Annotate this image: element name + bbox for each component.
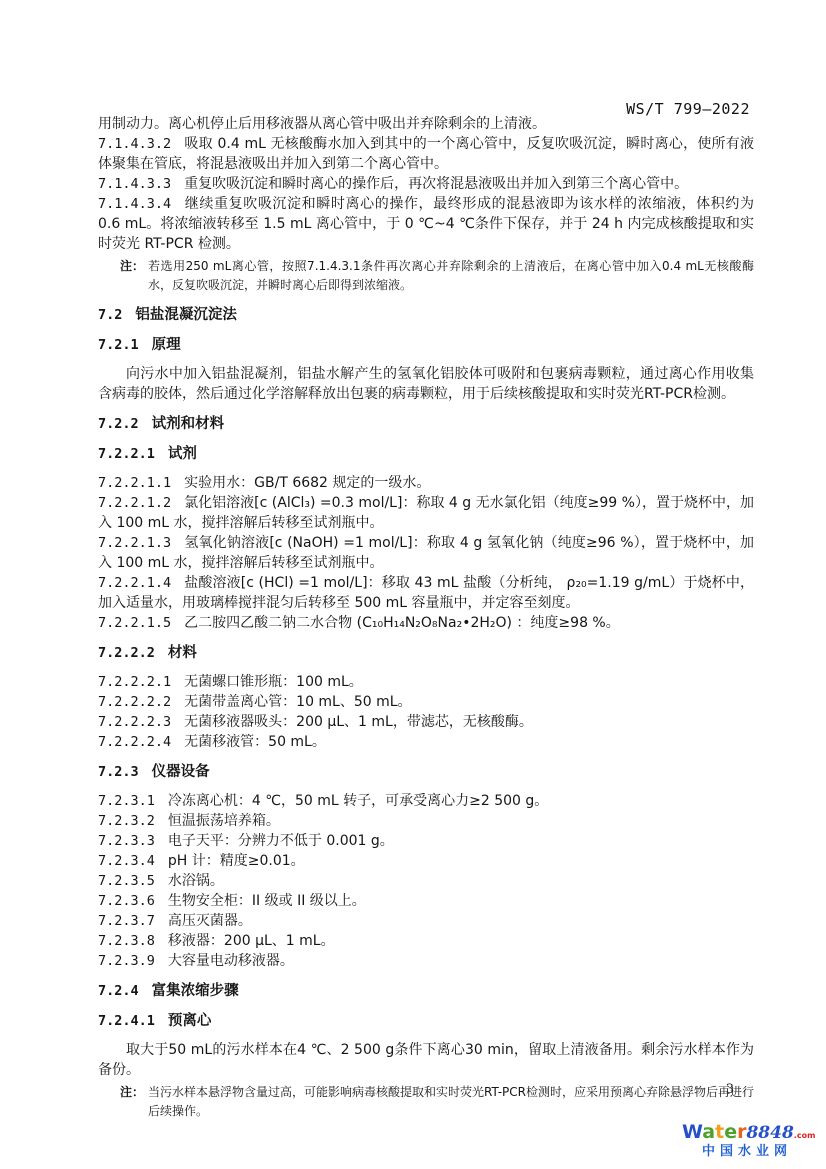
clause-heading: 7.2.4富集浓缩步骤 [98, 981, 754, 1001]
watermark-brand: Water8848.com [682, 1122, 812, 1143]
clause-number: 7.2.2.2 [98, 645, 155, 661]
clause-paragraph: 7.2.3.3电子天平：分辨力不低于 0.001 g。 [98, 831, 754, 851]
clause-number: 7.2.3.2 [98, 813, 155, 829]
body-paragraph: 用制动力。离心机停止后用移液器从离心管中吸出并弃除剩余的上清液。 [98, 114, 754, 134]
clause-heading: 7.2.2.1试剂 [98, 444, 754, 464]
note-label: 注： [120, 257, 144, 295]
clause-number: 7.2.2.2.3 [98, 714, 171, 730]
clause-text: 电子天平：分辨力不低于 0.001 g。 [168, 833, 394, 849]
clause-heading: 7.2.4.1预离心 [98, 1011, 754, 1031]
clause-number: 7.2.2 [98, 416, 139, 432]
note-label: 注： [120, 1083, 144, 1121]
clause-text: pH 计：精度≥0.01。 [168, 853, 305, 869]
clause-text: 乙二胺四乙酸二钠二水合物 (C₁₀H₁₄N₂O₈Na₂•2H₂O) ：纯度≥98… [184, 615, 620, 631]
clause-paragraph: 7.1.4.3.3重复吹吸沉淀和瞬时离心的操作后，再次将混悬液吸出并加入到第三个… [98, 174, 754, 194]
clause-title: 富集浓缩步骤 [152, 983, 239, 999]
clause-number: 7.2.4.1 [98, 1013, 155, 1029]
clause-text: 水浴锅。 [168, 873, 224, 889]
note-text: 若选用250 mL离心管，按照7.1.4.3.1条件再次离心并弃除剩余的上清液后… [148, 257, 754, 295]
clause-title: 试剂 [168, 446, 197, 462]
clause-paragraph: 7.2.2.2.4无菌移液管：50 mL。 [98, 732, 754, 752]
clause-paragraph: 7.2.3.9大容量电动移液器。 [98, 951, 754, 971]
clause-title: 试剂和材料 [152, 416, 225, 432]
clause-text: 移液器：200 μL、1 mL。 [168, 933, 335, 949]
clause-text: 无菌移液器吸头：200 μL、1 mL，带滤芯，无核酸酶。 [184, 714, 533, 730]
clause-heading: 7.2.2.2材料 [98, 643, 754, 663]
clause-text: 氢氧化钠溶液[c (NaOH) =1 mol/L]：称取 4 g 氢氧化钠（纯度… [98, 535, 754, 571]
clause-paragraph: 7.2.2.1.5乙二胺四乙酸二钠二水合物 (C₁₀H₁₄N₂O₈Na₂•2H₂… [98, 613, 754, 633]
clause-paragraph: 7.2.2.2.3无菌移液器吸头：200 μL、1 mL，带滤芯，无核酸酶。 [98, 712, 754, 732]
watermark-brand-tld: .com [794, 1131, 816, 1140]
clause-paragraph: 7.2.3.1冷冻离心机：4 ℃，50 mL 转子，可承受离心力≥2 500 g… [98, 791, 754, 811]
clause-text: 生物安全柜：II 级或 II 级以上。 [168, 893, 366, 909]
clause-number: 7.2.3.4 [98, 853, 155, 869]
clause-paragraph: 7.2.3.5水浴锅。 [98, 871, 754, 891]
clause-number: 7.1.4.3.4 [98, 196, 171, 212]
clause-number: 7.2.3.3 [98, 833, 155, 849]
clause-paragraph: 7.2.3.6生物安全柜：II 级或 II 级以上。 [98, 891, 754, 911]
watermark-logo: Water8848.com 中国水业网 [682, 1122, 812, 1159]
body-paragraph: 向污水中加入铝盐混凝剂，铝盐水解产生的氢氧化铝胶体可吸附和包裹病毒颗粒，通过离心… [98, 364, 754, 404]
body-paragraph: 取大于50 mL的污水样本在4 ℃、2 500 g条件下离心30 min，留取上… [98, 1040, 754, 1080]
clause-text: 无菌带盖离心管：10 mL、50 mL。 [184, 694, 411, 710]
clause-text: 氯化铝溶液[c (AlCl₃) =0.3 mol/L]：称取 4 g 无水氯化铝… [98, 495, 754, 531]
watermark-brand-number: 8848 [746, 1123, 793, 1143]
clause-text: 吸取 0.4 mL 无核酸酶水加入到其中的一个离心管中，反复吹吸沉淀，瞬时离心，… [98, 136, 754, 172]
clause-title: 预离心 [168, 1013, 212, 1029]
clause-number: 7.2.3.6 [98, 893, 155, 909]
clause-number: 7.2.2.1.5 [98, 615, 171, 631]
clause-paragraph: 7.2.3.2恒温振荡培养箱。 [98, 811, 754, 831]
clause-number: 7.2.2.2.4 [98, 734, 171, 750]
clause-text: 高压灭菌器。 [168, 913, 252, 929]
clause-heading: 7.2铝盐混凝沉淀法 [98, 305, 754, 325]
clause-heading: 7.2.1原理 [98, 335, 754, 355]
clause-number: 7.2.2.1.3 [98, 535, 171, 551]
clause-paragraph: 7.2.2.1.4盐酸溶液[c (HCl) =1 mol/L]：移取 43 mL… [98, 573, 754, 613]
document-content: 用制动力。离心机停止后用移液器从离心管中吸出并弃除剩余的上清液。7.1.4.3.… [98, 114, 754, 1125]
note: 注：当污水样本悬浮物含量过高，可能影响病毒核酸提取和实时荧光RT-PCR检测时，… [98, 1083, 754, 1121]
clause-number: 7.2.2.2.1 [98, 674, 171, 690]
clause-number: 7.2.2.1.2 [98, 495, 171, 511]
watermark-letter: a [702, 1121, 715, 1143]
clause-number: 7.2.3 [98, 764, 139, 780]
page-number: 3 [726, 1082, 734, 1097]
document-page: WS/T 799—2022 用制动力。离心机停止后用移液器从离心管中吸出并弃除剩… [0, 0, 826, 1169]
watermark-subtitle: 中国水业网 [682, 1145, 812, 1159]
clause-paragraph: 7.2.2.1.2氯化铝溶液[c (AlCl₃) =0.3 mol/L]：称取 … [98, 493, 754, 533]
note: 注：若选用250 mL离心管，按照7.1.4.3.1条件再次离心并弃除剩余的上清… [98, 257, 754, 295]
clause-heading: 7.2.3仪器设备 [98, 762, 754, 782]
clause-number: 7.2.2.2.2 [98, 694, 171, 710]
watermark-brand-word: Water [682, 1121, 746, 1143]
clause-number: 7.2.4 [98, 983, 139, 999]
watermark-letter: t [715, 1121, 724, 1143]
clause-paragraph: 7.2.3.8移液器：200 μL、1 mL。 [98, 931, 754, 951]
clause-number: 7.1.4.3.2 [98, 136, 171, 152]
clause-paragraph: 7.1.4.3.2吸取 0.4 mL 无核酸酶水加入到其中的一个离心管中，反复吹… [98, 134, 754, 174]
clause-number: 7.2.2.1 [98, 446, 155, 462]
clause-number: 7.2.3.8 [98, 933, 155, 949]
clause-number: 7.2.3.7 [98, 913, 155, 929]
clause-text: 重复吹吸沉淀和瞬时离心的操作后，再次将混悬液吸出并加入到第三个离心管中。 [184, 176, 688, 192]
clause-number: 7.2.3.9 [98, 953, 155, 969]
clause-paragraph: 7.2.2.2.2无菌带盖离心管：10 mL、50 mL。 [98, 692, 754, 712]
clause-text: 恒温振荡培养箱。 [168, 813, 280, 829]
clause-title: 材料 [168, 645, 197, 661]
clause-title: 仪器设备 [152, 764, 210, 780]
clause-number: 7.2.1 [98, 337, 139, 353]
clause-paragraph: 7.2.2.1.1实验用水：GB/T 6682 规定的一级水。 [98, 473, 754, 493]
clause-paragraph: 7.2.2.2.1无菌螺口锥形瓶：100 mL。 [98, 672, 754, 692]
clause-number: 7.2.2.1.1 [98, 475, 171, 491]
clause-number: 7.2.3.5 [98, 873, 155, 889]
clause-paragraph: 7.2.3.7高压灭菌器。 [98, 911, 754, 931]
clause-text: 大容量电动移液器。 [168, 953, 294, 969]
clause-paragraph: 7.1.4.3.4继续重复吹吸沉淀和瞬时离心的操作，最终形成的混悬液即为该水样的… [98, 194, 754, 254]
clause-text: 冷冻离心机：4 ℃，50 mL 转子，可承受离心力≥2 500 g。 [168, 793, 548, 809]
clause-title: 原理 [152, 337, 181, 353]
watermark-letter: e [724, 1121, 737, 1143]
clause-number: 7.2.2.1.4 [98, 575, 171, 591]
clause-heading: 7.2.2试剂和材料 [98, 414, 754, 434]
clause-text: 继续重复吹吸沉淀和瞬时离心的操作，最终形成的混悬液即为该水样的浓缩液，体积约为 … [98, 196, 754, 252]
clause-title: 铝盐混凝沉淀法 [135, 307, 237, 323]
clause-number: 7.1.4.3.3 [98, 176, 171, 192]
clause-paragraph: 7.2.2.1.3氢氧化钠溶液[c (NaOH) =1 mol/L]：称取 4 … [98, 533, 754, 573]
clause-text: 盐酸溶液[c (HCl) =1 mol/L]：移取 43 mL 盐酸（分析纯， … [98, 575, 754, 611]
clause-number: 7.2.3.1 [98, 793, 155, 809]
watermark-letter: W [682, 1121, 702, 1143]
clause-paragraph: 7.2.3.4pH 计：精度≥0.01。 [98, 851, 754, 871]
clause-text: 无菌螺口锥形瓶：100 mL。 [184, 674, 363, 690]
clause-text: 实验用水：GB/T 6682 规定的一级水。 [184, 475, 430, 491]
clause-text: 无菌移液管：50 mL。 [184, 734, 326, 750]
note-text: 当污水样本悬浮物含量过高，可能影响病毒核酸提取和实时荧光RT-PCR检测时，应采… [148, 1083, 754, 1121]
clause-number: 7.2 [98, 307, 122, 323]
